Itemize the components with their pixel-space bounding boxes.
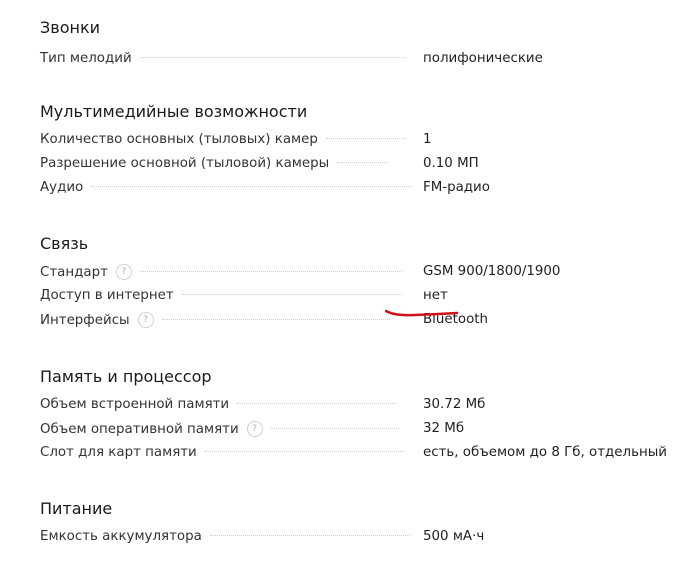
spec-label: Аудио (40, 180, 83, 195)
help-icon[interactable]: ? (247, 421, 263, 437)
spec-row: Емкость аккумулятора 500 мА·ч (40, 529, 680, 553)
spec-value: 1 (423, 132, 432, 147)
dotted-leader (237, 403, 397, 404)
spec-label: Количество основных (тыловых) камер (40, 132, 318, 147)
section-memory: Память и процессор Объем встроенной памя… (40, 365, 680, 469)
spec-value: нет (423, 288, 448, 303)
dotted-leader (140, 271, 402, 272)
red-underline-annotation (385, 308, 460, 320)
spec-label-text: Стандарт (40, 265, 108, 280)
spec-value: полифонические (423, 51, 543, 66)
help-icon[interactable]: ? (138, 312, 154, 328)
dotted-leader (271, 428, 399, 429)
dotted-leader (91, 186, 411, 187)
section-title: Мультимедийные возможности (40, 100, 680, 124)
spec-label: Объем оперативной памяти? (40, 421, 263, 437)
spec-label: Тип мелодий (40, 51, 132, 66)
spec-row: Доступ в интернет нет (40, 288, 680, 312)
section-title: Питание (40, 497, 680, 521)
spec-row: Тип мелодий полифонические (40, 51, 680, 75)
dotted-leader (162, 319, 390, 320)
dotted-leader (326, 138, 406, 139)
spec-label: Объем встроенной памяти (40, 397, 229, 412)
spec-label: Емкость аккумулятора (40, 529, 202, 544)
spec-value: 32 Мб (423, 421, 464, 436)
spec-row: Объем встроенной памяти 30.72 Мб (40, 397, 680, 421)
spec-value: 0.10 МП (423, 156, 479, 171)
spec-label: Интерфейсы? (40, 312, 154, 328)
spec-value: 30.72 Мб (423, 397, 485, 412)
spec-value: FM-радио (423, 180, 490, 195)
spec-value: есть, объемом до 8 Гб, отдельный (423, 445, 667, 460)
spec-row: Разрешение основной (тыловой) камеры 0.1… (40, 156, 680, 180)
spec-label: Стандарт? (40, 264, 132, 280)
spec-row: Стандарт? GSM 900/1800/1900 (40, 264, 680, 288)
section-title: Звонки (40, 16, 680, 40)
section-title: Память и процессор (40, 365, 680, 389)
spec-label-text: Объем оперативной памяти (40, 422, 239, 437)
spec-label: Разрешение основной (тыловой) камеры (40, 156, 329, 171)
spec-value: GSM 900/1800/1900 (423, 264, 560, 279)
dotted-leader (182, 294, 402, 295)
dotted-leader (140, 57, 406, 58)
section-power: Питание Емкость аккумулятора 500 мА·ч (40, 497, 680, 553)
spec-value: 500 мА·ч (423, 529, 484, 544)
dotted-leader (205, 451, 405, 452)
section-calls: Звонки Тип мелодий полифонические (40, 16, 680, 75)
spec-row: Интерфейсы? Bluetooth (40, 312, 680, 336)
spec-label-text: Интерфейсы (40, 313, 130, 328)
spec-row: Количество основных (тыловых) камер 1 (40, 132, 680, 156)
dotted-leader (337, 162, 387, 163)
spec-label: Слот для карт памяти (40, 445, 197, 460)
spec-row: Слот для карт памяти есть, объемом до 8 … (40, 445, 680, 469)
section-title: Связь (40, 232, 680, 256)
help-icon[interactable]: ? (116, 264, 132, 280)
dotted-leader (210, 535, 410, 536)
spec-label: Доступ в интернет (40, 288, 174, 303)
section-multimedia: Мультимедийные возможности Количество ос… (40, 100, 680, 204)
spec-row: Аудио FM-радио (40, 180, 680, 204)
section-connectivity: Связь Стандарт? GSM 900/1800/1900 Доступ… (40, 232, 680, 336)
spec-row: Объем оперативной памяти? 32 Мб (40, 421, 680, 445)
